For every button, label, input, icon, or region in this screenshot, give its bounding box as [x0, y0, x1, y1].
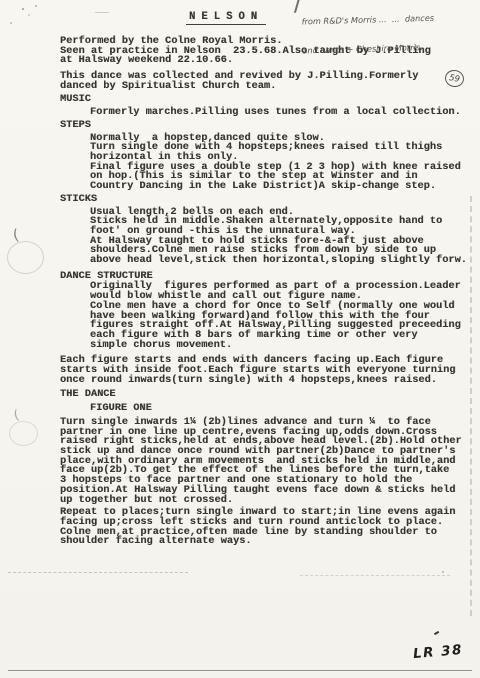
section-heading: STICKS	[60, 195, 480, 205]
section-figures-note: Each figure starts and ends with dancers…	[60, 356, 480, 385]
text-line: once round inwards(turn single) with 4 h…	[60, 376, 480, 386]
text-line: Country Dancing in the Lake District)A s…	[60, 182, 480, 192]
handwritten-note-line1: from R&D's Morris ... ... dances	[302, 13, 478, 27]
handwritten-top-note: from R&D's Morris ... ... dances and Lan…	[301, 0, 479, 74]
section-heading: FIGURE ONE	[60, 404, 480, 414]
section-sticks: STICKSUsual length,2 bells on each end.S…	[60, 195, 480, 266]
page-title: NELSON	[186, 11, 266, 25]
scan-speckles	[22, 8, 24, 10]
section-the-dance: THE DANCE	[60, 390, 480, 400]
section-repeat: Repeat to places;turn single inward to s…	[60, 508, 480, 547]
handwritten-catalog-mark: LR 38	[412, 642, 463, 662]
text-line: up together but not crossed.	[60, 496, 480, 506]
text-line: above head level,stick then horizontal,s…	[60, 256, 480, 266]
section-heading: THE DANCE	[60, 390, 480, 400]
bottom-scan-edge-line	[8, 670, 472, 671]
section-figure-one: FIGURE ONETurn single inwards 1¼ (2b)lin…	[60, 404, 480, 505]
section-collected: This dance was collected and revived by …	[60, 72, 480, 91]
document-column: NELSON Performed by the Colne Royal Morr…	[60, 6, 480, 547]
scan-streak-left	[8, 572, 188, 573]
scan-dash-mark	[95, 12, 109, 13]
handwritten-note-line2: and Lancs + Cheshire Morris.	[302, 41, 478, 55]
section-steps: STEPSNormally a hopstep,danced quite slo…	[60, 121, 480, 192]
hole-punch-ghost-lower	[9, 421, 38, 446]
document-body: Performed by the Colne Royal Morris.Seen…	[60, 37, 480, 547]
section-dance-structure: DANCE STRUCTUREOriginally figures perfor…	[60, 272, 480, 351]
text-line: danced by Spiritualist Church team.	[60, 82, 480, 92]
hole-punch-ghost-upper	[7, 241, 44, 274]
text-line: simple chorus movement.	[60, 341, 480, 351]
section-music: MUSICFormerly marches.Pilling uses tunes…	[60, 95, 480, 118]
scan-streak-right	[300, 575, 450, 576]
section-heading: MUSIC	[60, 95, 480, 105]
section-heading: STEPS	[60, 121, 480, 131]
text-line: Formerly marches.Pilling uses tunes from…	[60, 108, 480, 118]
right-scan-edge-line	[470, 196, 472, 616]
text-line: shoulder facing alternate ways.	[60, 537, 480, 547]
pen-tick-mark	[434, 631, 439, 635]
scanned-document-page: NELSON Performed by the Colne Royal Morr…	[0, 0, 480, 678]
